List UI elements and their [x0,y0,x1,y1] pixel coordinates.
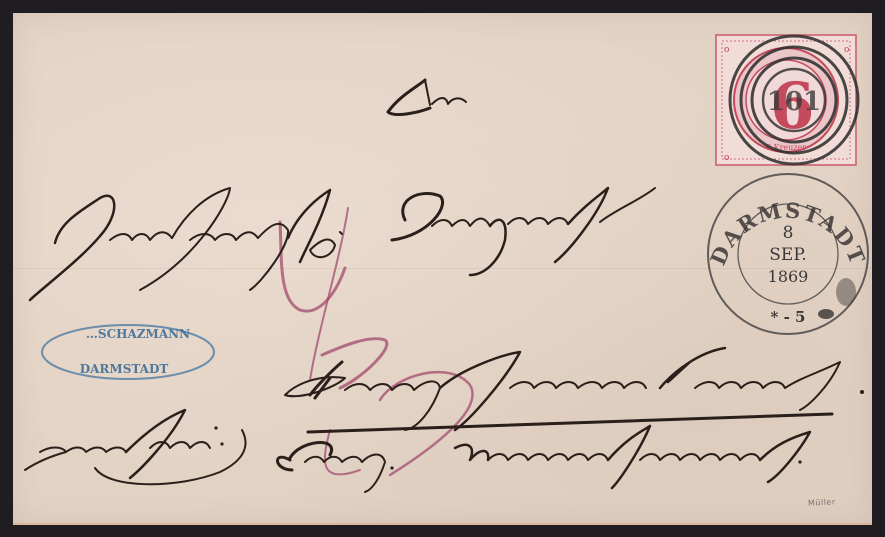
datestamp-year: 1869 [768,267,809,286]
datestamp-day: 8 [783,223,794,243]
circular-datestamp: DARMSTADT 8 SEP. 1869 * - 5 [705,174,871,334]
handstamp-line1: …SCHAZMANN [86,327,190,341]
handstamp-line2: DARMSTADT [80,362,169,376]
svg-text:o: o [724,153,729,163]
sender-handstamp: …SCHAZMANN DARMSTADT [42,325,214,379]
cancel-numeral: 101 [767,87,821,117]
svg-text:o: o [844,45,849,55]
pencil-signature: Müller [808,497,836,507]
cover-artwork: 6 6 Kreuzer o o o 101 DARMSTADT 8 SEP. 1… [0,0,885,537]
red-crayon-marks [280,208,473,475]
svg-text:o: o [724,45,729,55]
datestamp-month: SEP. [769,245,806,265]
datestamp-bottom: * - 5 [771,308,806,326]
